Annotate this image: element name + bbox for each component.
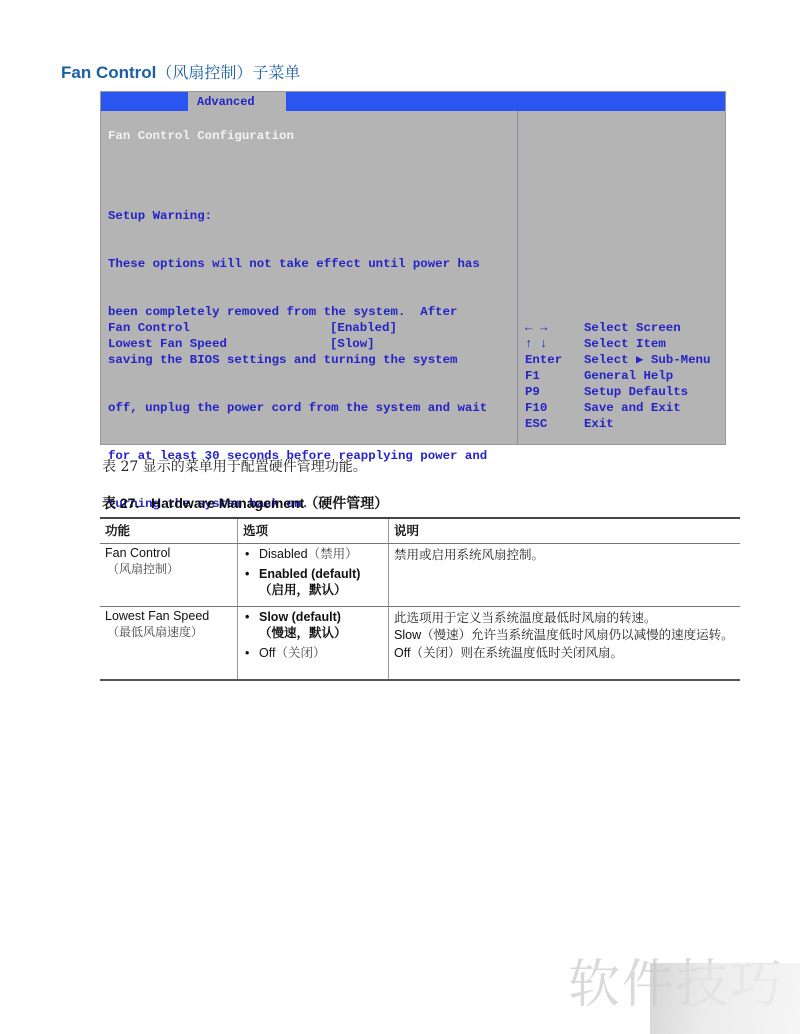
description-text: （慢速）允许当系统温度低时风扇仍以减慢的速度运转。 [421, 627, 734, 642]
header-feature: 功能 [100, 518, 238, 544]
help-key: P9 [525, 384, 584, 400]
heading-title-cn: （风扇控制）子菜单 [156, 63, 300, 82]
tab-advanced[interactable]: Advanced [188, 92, 286, 111]
option-label: Lowest Fan Speed [108, 336, 330, 352]
header-description: 说明 [389, 518, 741, 544]
feature-cn: （最低风扇速度） [105, 623, 232, 640]
feature-cell: Lowest Fan Speed （最低风扇速度） [100, 607, 238, 680]
watermark-overlay [650, 963, 800, 1034]
description-line: 此选项用于定义当系统温度最低时风扇的转速。 [394, 609, 735, 626]
feature-cn: （风扇控制） [105, 560, 232, 577]
help-action: Select ▶ Sub-Menu [584, 352, 710, 368]
description-cell: 此选项用于定义当系统温度最低时风扇的转速。 Slow（慢速）允许当系统温度低时风… [389, 607, 741, 680]
warning-line: been completely removed from the system.… [108, 304, 513, 320]
table-row: Lowest Fan Speed （最低风扇速度） Slow (default)… [100, 607, 740, 680]
help-action: Select Item [584, 336, 666, 352]
option-cn: （关闭） [275, 645, 325, 660]
warning-line: off, unplug the power cord from the syst… [108, 400, 513, 416]
option-cn: （慢速，默认） [259, 625, 347, 640]
option-value[interactable]: [Slow] [330, 336, 375, 352]
feature-en: Fan Control [105, 546, 232, 560]
description-prefix: Off [394, 646, 410, 660]
help-action: General Help [584, 368, 673, 384]
help-key: ESC [525, 416, 584, 432]
description-line: Off（关闭）则在系统温度低时关闭风扇。 [394, 644, 735, 662]
description-line: Slow（慢速）允许当系统温度低时风扇仍以减慢的速度运转。 [394, 626, 735, 644]
setup-warning: Setup Warning: These options will not ta… [108, 176, 513, 544]
option-text: Disabled [259, 547, 308, 561]
feature-en: Lowest Fan Speed [105, 609, 232, 623]
options-cell: Disabled（禁用） Enabled (default)（启用，默认） [238, 544, 389, 607]
page-heading: Fan Control（风扇控制）子菜单 [61, 60, 300, 83]
options-list: Disabled（禁用） Enabled (default)（启用，默认） [243, 546, 383, 598]
options-list: Slow (default)（慢速，默认） Off（关闭） [243, 609, 383, 661]
bios-help-pane: ← →Select Screen ↑ ↓Select Item EnterSel… [525, 320, 710, 432]
option-item: Slow (default)（慢速，默认） [243, 609, 383, 641]
option-text: Enabled (default) [259, 567, 360, 581]
bios-screenshot: Advanced Fan Control Configuration Setup… [100, 91, 726, 445]
warning-line: saving the BIOS settings and turning the… [108, 352, 513, 368]
description-prefix: Slow [394, 628, 421, 642]
help-action: Exit [584, 416, 614, 432]
help-row: ← →Select Screen [525, 320, 710, 336]
help-key: F10 [525, 400, 584, 416]
help-row: F10Save and Exit [525, 400, 710, 416]
table-number: 表 27. [102, 495, 139, 511]
help-action: Setup Defaults [584, 384, 688, 400]
help-row: EnterSelect ▶ Sub-Menu [525, 352, 710, 368]
option-label: Fan Control [108, 320, 330, 336]
option-value[interactable]: [Enabled] [330, 320, 397, 336]
description-text: （关闭）则在系统温度低时关闭风扇。 [410, 645, 623, 660]
help-row: F1General Help [525, 368, 710, 384]
bios-options: Fan Control [Enabled] Lowest Fan Speed [… [108, 320, 397, 352]
option-item: Disabled（禁用） [243, 546, 383, 562]
help-key: ↑ ↓ [525, 336, 584, 352]
table-title-en: Hardware Management [151, 495, 304, 511]
option-cn: （禁用） [308, 546, 358, 561]
option-item: Off（关闭） [243, 645, 383, 661]
bios-section-title: Fan Control Configuration [108, 128, 513, 144]
options-cell: Slow (default)（慢速，默认） Off（关闭） [238, 607, 389, 680]
help-row: P9Setup Defaults [525, 384, 710, 400]
option-text: Off [259, 646, 275, 660]
table-row: Fan Control （风扇控制） Disabled（禁用） Enabled … [100, 544, 740, 607]
header-options: 选项 [238, 518, 389, 544]
hardware-management-table: 功能 选项 说明 Fan Control （风扇控制） Disabled（禁用）… [100, 517, 740, 681]
heading-title-en: Fan Control [61, 63, 156, 82]
warning-line: These options will not take effect until… [108, 256, 513, 272]
help-action: Save and Exit [584, 400, 681, 416]
table-caption: 表 27. Hardware Management（硬件管理） [102, 493, 388, 513]
description-line: 禁用或启用系统风扇控制。 [394, 546, 735, 563]
option-lowest-fan-speed[interactable]: Lowest Fan Speed [Slow] [108, 336, 397, 352]
help-row: ↑ ↓Select Item [525, 336, 710, 352]
help-key: F1 [525, 368, 584, 384]
table-title-cn: （硬件管理） [304, 496, 388, 512]
help-key: ← → [525, 320, 584, 336]
option-fan-control[interactable]: Fan Control [Enabled] [108, 320, 397, 336]
option-text: Slow (default) [259, 610, 341, 624]
intro-paragraph: 表 27 显示的菜单用于配置硬件管理功能。 [102, 456, 367, 476]
option-cn: （启用，默认） [259, 582, 347, 597]
description-cell: 禁用或启用系统风扇控制。 [389, 544, 741, 607]
help-action: Select Screen [584, 320, 681, 336]
feature-cell: Fan Control （风扇控制） [100, 544, 238, 607]
option-item: Enabled (default)（启用，默认） [243, 566, 383, 598]
bios-divider [517, 111, 518, 444]
help-key: Enter [525, 352, 584, 368]
table-header-row: 功能 选项 说明 [100, 518, 740, 544]
help-row: ESCExit [525, 416, 710, 432]
warning-line: Setup Warning: [108, 208, 513, 224]
